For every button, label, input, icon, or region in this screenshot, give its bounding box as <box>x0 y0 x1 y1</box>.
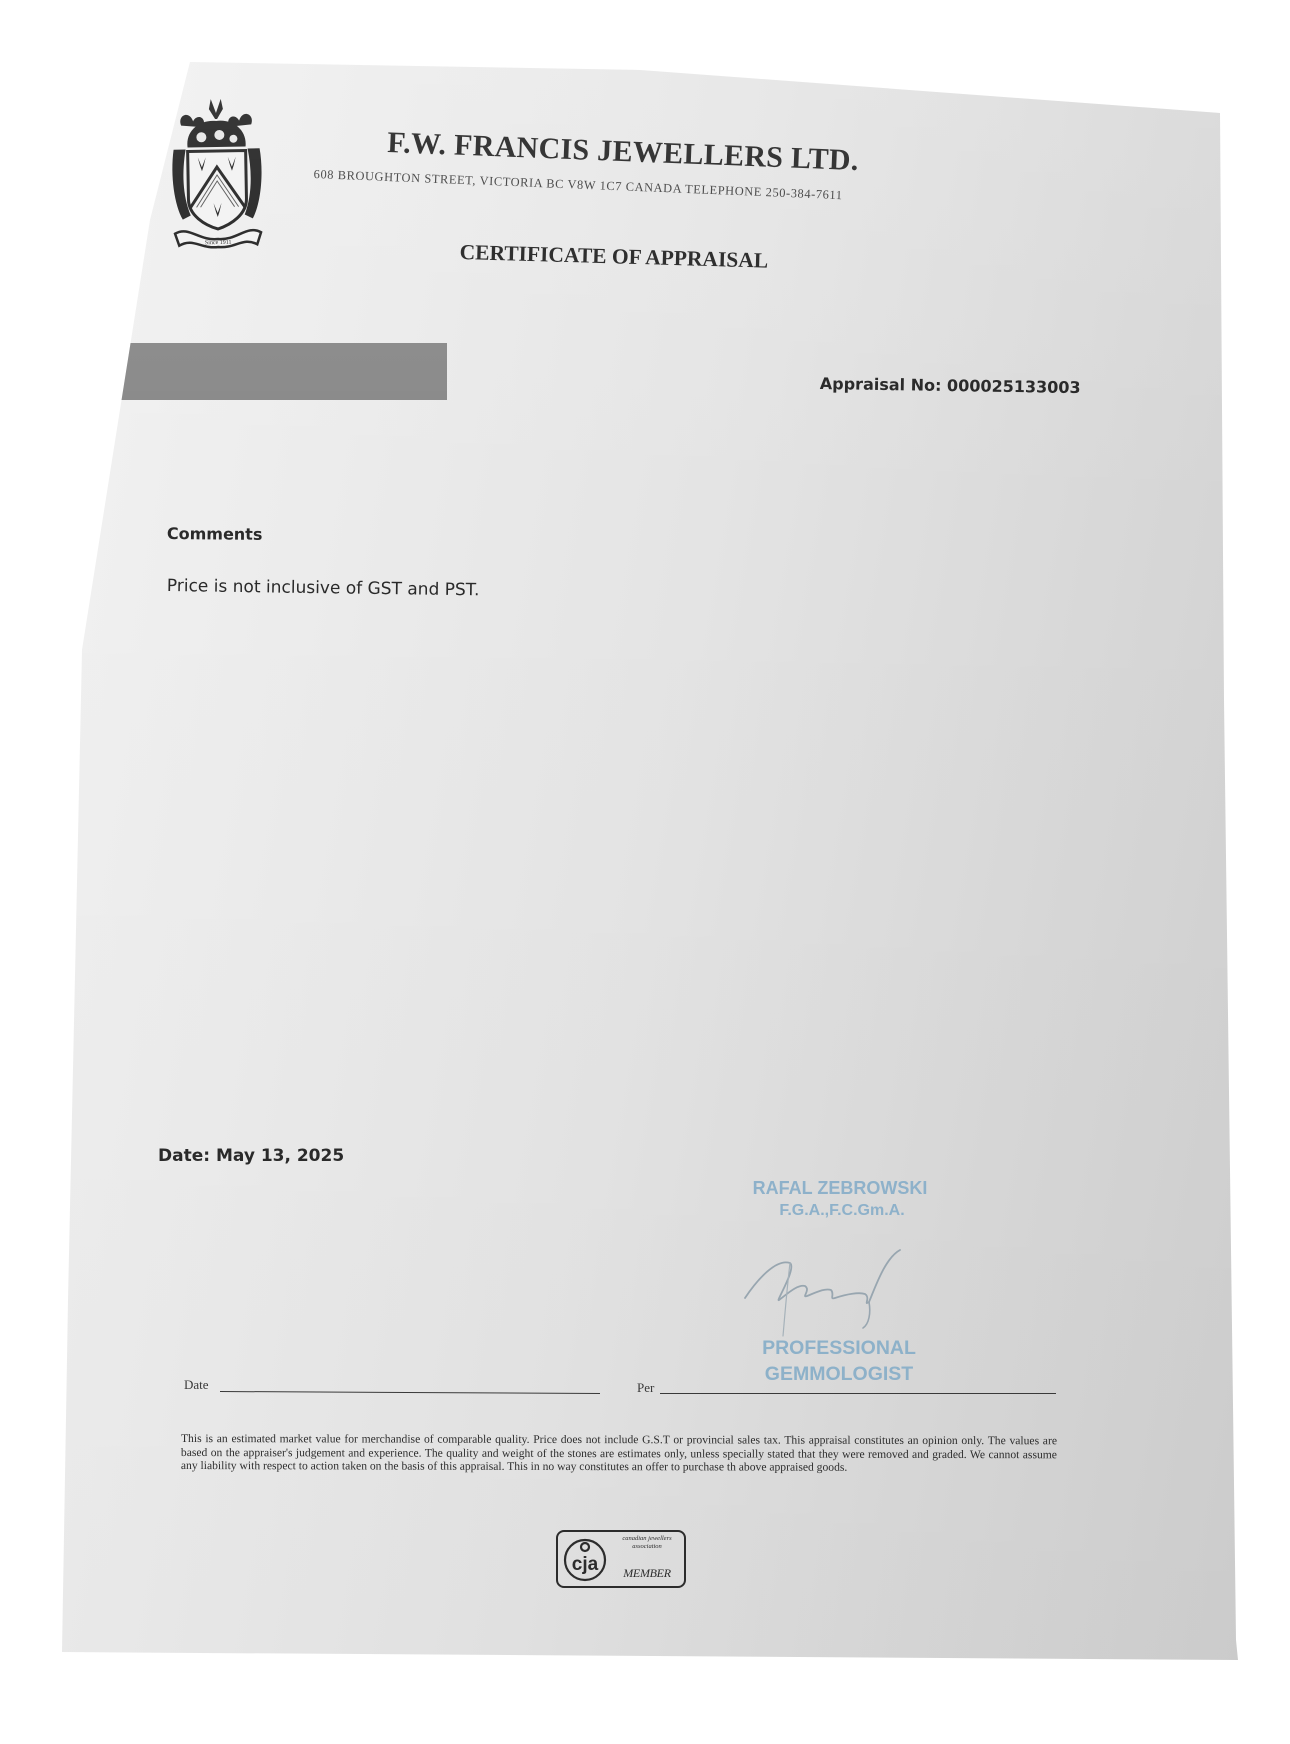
appraisal-certificate-page: Since 1911 F.W. FRANCIS JEWELLERS LTD. 6… <box>0 0 1290 1744</box>
cja-member-label: MEMBER <box>610 1566 684 1581</box>
svg-text:Since 1911: Since 1911 <box>205 240 232 246</box>
cja-organization: canadian jewellers association <box>610 1535 684 1550</box>
appraisal-date: Date: May 13, 2025 <box>158 1146 344 1166</box>
disclaimer-text: This is an estimated market value for me… <box>181 1432 1057 1475</box>
coat-of-arms-icon: Since 1911 <box>167 94 268 251</box>
cja-member-badge: cja canadian jewellers association MEMBE… <box>556 1530 686 1588</box>
appraiser-credentials: F.G.A.,F.C.Gm.A. <box>762 1202 922 1220</box>
appraiser-title-line1: PROFESSIONAL <box>746 1337 932 1360</box>
appraisal-number: Appraisal No: 000025133003 <box>820 374 1081 397</box>
per-field-line <box>660 1393 1056 1394</box>
redacted-block <box>90 343 447 400</box>
company-name: F.W. FRANCIS JEWELLERS LTD. <box>387 126 860 178</box>
appraiser-name: RAFAL ZEBROWSKI <box>732 1178 948 1199</box>
date-field-line <box>220 1391 600 1394</box>
signature-icon <box>735 1228 925 1338</box>
company-address: 608 BROUGHTON STREET, VICTORIA BC V8W 1C… <box>313 167 842 203</box>
comments-text: Price is not inclusive of GST and PST. <box>167 576 480 600</box>
svg-text:cja: cja <box>572 1554 599 1575</box>
cja-logo-icon: cja <box>561 1535 609 1583</box>
appraiser-title-line2: GEMMOLOGIST <box>746 1363 932 1386</box>
per-field-label: Per <box>637 1380 654 1396</box>
date-field-label: Date <box>184 1377 209 1393</box>
document-title: CERTIFICATE OF APPRAISAL <box>459 240 768 274</box>
comments-label: Comments <box>167 524 263 544</box>
